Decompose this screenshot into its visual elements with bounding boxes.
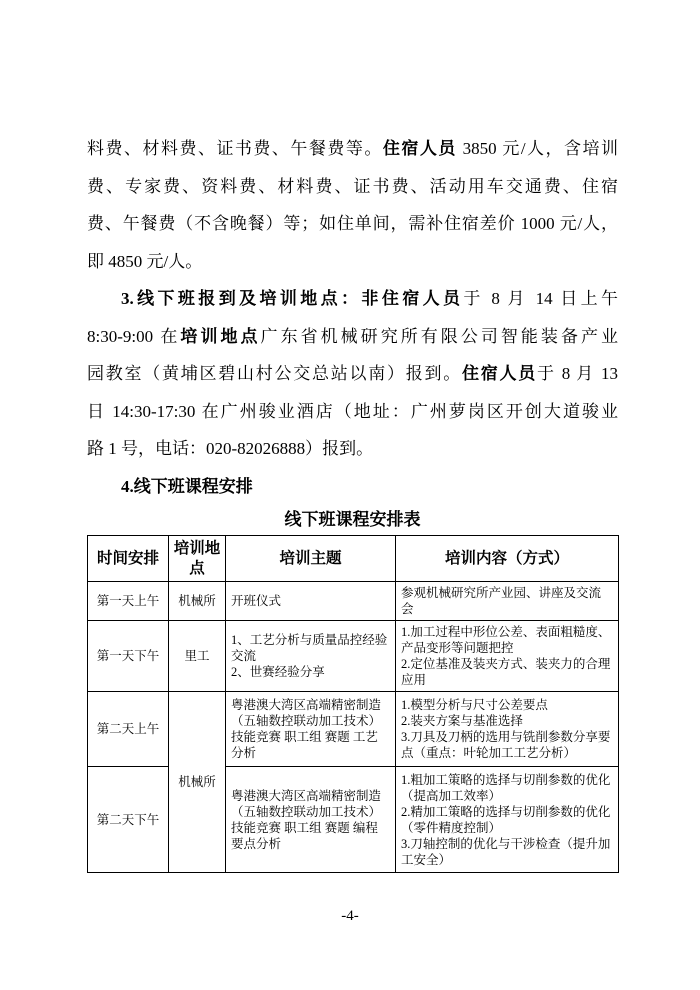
- bold-text-segment: 住宿人员: [383, 139, 457, 158]
- table-row: 第二天上午机械所粤港澳大湾区高端精密制造（五轴数控联动加工技术）技能竞赛 职工组…: [88, 692, 619, 767]
- content-item: 1.模型分析与尺寸公差要点: [401, 697, 613, 713]
- fees-paragraph-line: 料费、材料费、证书费、午餐费等。住宿人员 3850 元/人，含培训: [87, 130, 618, 168]
- table-body: 第一天上午机械所开班仪式参观机械研究所产业园、讲座及交流会第一天下午里工1、工艺…: [88, 582, 619, 873]
- document-page: 料费、材料费、证书费、午餐费等。住宿人员 3850 元/人，含培训费、专家费、资…: [0, 0, 700, 990]
- column-header-content: 培训内容（方式）: [396, 536, 619, 582]
- column-header-topic: 培训主题: [226, 536, 396, 582]
- cell-time: 第二天下午: [88, 767, 169, 873]
- cell-topic: 开班仪式: [226, 582, 396, 621]
- registration-paragraph-line: 园教室（黄埔区碧山村公交总站以南）报到。住宿人员于 8 月 13: [87, 355, 618, 393]
- cell-topic: 1、工艺分析与质量品控经验交流2、世赛经验分享: [226, 621, 396, 692]
- topic-item: 粤港澳大湾区高端精密制造（五轴数控联动加工技术）技能竞赛 职工组 赛题 工艺分析: [231, 697, 390, 761]
- text-segment: 日 14:30-17:30 在广州骏业酒店（地址：广州萝岗区开创大道骏业: [87, 402, 618, 421]
- text-segment: 费、专家费、资料费、材料费、证书费、活动用车交通费、住宿: [87, 177, 618, 196]
- bold-text-segment: 住宿人员: [462, 364, 537, 383]
- course-schedule-table: 时间安排培训地点培训主题培训内容（方式） 第一天上午机械所开班仪式参观机械研究所…: [87, 535, 619, 873]
- table-row: 第一天下午里工1、工艺分析与质量品控经验交流2、世赛经验分享1.加工过程中形位公…: [88, 621, 619, 692]
- content-item: 3.刀具及刀柄的选用与铣削参数分享要点（重点：叶轮加工工艺分析）: [401, 729, 613, 761]
- topic-item: 粤港澳大湾区高端精密制造（五轴数控联动加工技术）技能竞赛 职工组 赛题 编程要点…: [231, 788, 390, 852]
- content-item: 2.装夹方案与基准选择: [401, 713, 613, 729]
- column-header-time: 时间安排: [88, 536, 169, 582]
- table-row: 第一天上午机械所开班仪式参观机械研究所产业园、讲座及交流会: [88, 582, 619, 621]
- registration-paragraph-line: 日 14:30-17:30 在广州骏业酒店（地址：广州萝岗区开创大道骏业: [87, 393, 618, 431]
- fees-paragraph-line: 费、专家费、资料费、材料费、证书费、活动用车交通费、住宿: [87, 168, 618, 206]
- cell-time: 第一天下午: [88, 621, 169, 692]
- bold-text-segment: 培训地点: [180, 327, 260, 346]
- registration-paragraph-line: 路 1 号，电话：020-82026888）报到。: [87, 430, 618, 468]
- content-item: 1.加工过程中形位公差、表面粗糙度、产品变形等问题把控: [401, 624, 613, 656]
- text-segment: 费、午餐费（不含晚餐）等；如住单间，需补住宿差价 1000 元/人，: [87, 214, 618, 233]
- table-title: 线下班课程安排表: [87, 505, 618, 535]
- bold-text-segment: 3.线下班报到及培训地点：非住宿人员: [121, 289, 463, 308]
- cell-location: 机械所: [169, 692, 226, 873]
- fees-paragraph-line: 即 4850 元/人。: [87, 243, 618, 281]
- registration-paragraph-line: 3.线下班报到及培训地点：非住宿人员于 8 月 14 日上午: [87, 280, 618, 318]
- topic-item: 开班仪式: [231, 593, 390, 609]
- text-segment: 于 8 月 13: [537, 364, 618, 383]
- topic-item: 1、工艺分析与质量品控经验交流: [231, 632, 390, 664]
- column-header-location: 培训地点: [169, 536, 226, 582]
- cell-topic: 粤港澳大湾区高端精密制造（五轴数控联动加工技术）技能竞赛 职工组 赛题 工艺分析: [226, 692, 396, 767]
- page-content: 料费、材料费、证书费、午餐费等。住宿人员 3850 元/人，含培训费、专家费、资…: [87, 130, 618, 873]
- cell-time: 第一天上午: [88, 582, 169, 621]
- cell-location: 机械所: [169, 582, 226, 621]
- fees-paragraph-line: 费、午餐费（不含晚餐）等；如住单间，需补住宿差价 1000 元/人，: [87, 205, 618, 243]
- text-segment: 8:30-9:00 在: [87, 327, 180, 346]
- content-item: 1.粗加工策略的选择与切削参数的优化（提高加工效率）: [401, 772, 613, 804]
- content-item: 2.精加工策略的选择与切削参数的优化（零件精度控制）: [401, 804, 613, 836]
- cell-content: 1.加工过程中形位公差、表面粗糙度、产品变形等问题把控2.定位基准及装夹方式、装…: [396, 621, 619, 692]
- registration-paragraph-line: 8:30-9:00 在培训地点广东省机械研究所有限公司智能装备产业: [87, 318, 618, 356]
- table-header-row: 时间安排培训地点培训主题培训内容（方式）: [88, 536, 619, 582]
- cell-time: 第二天上午: [88, 692, 169, 767]
- text-segment: 3850 元/人，含培训: [457, 139, 618, 158]
- text-segment: 于 8 月 14 日上午: [463, 289, 618, 308]
- cell-content: 1.模型分析与尺寸公差要点2.装夹方案与基准选择3.刀具及刀柄的选用与铣削参数分…: [396, 692, 619, 767]
- content-item: 参观机械研究所产业园、讲座及交流会: [401, 585, 613, 617]
- cell-content: 1.粗加工策略的选择与切削参数的优化（提高加工效率）2.精加工策略的选择与切削参…: [396, 767, 619, 873]
- table-row: 第二天下午粤港澳大湾区高端精密制造（五轴数控联动加工技术）技能竞赛 职工组 赛题…: [88, 767, 619, 873]
- cell-content: 参观机械研究所产业园、讲座及交流会: [396, 582, 619, 621]
- cell-location: 里工: [169, 621, 226, 692]
- paragraphs: 料费、材料费、证书费、午餐费等。住宿人员 3850 元/人，含培训费、专家费、资…: [87, 130, 618, 505]
- content-item: 3.刀轴控制的优化与干涉检查（提升加工安全）: [401, 836, 613, 868]
- text-segment: 即 4850 元/人。: [87, 252, 202, 271]
- topic-item: 2、世赛经验分享: [231, 664, 390, 680]
- text-segment: 路 1 号，电话：020-82026888）报到。: [87, 439, 373, 458]
- text-segment: 园教室（黄埔区碧山村公交总站以南）报到。: [87, 364, 462, 383]
- page-number: -4-: [0, 908, 700, 925]
- cell-topic: 粤港澳大湾区高端精密制造（五轴数控联动加工技术）技能竞赛 职工组 赛题 编程要点…: [226, 767, 396, 873]
- text-segment: 广东省机械研究所有限公司智能装备产业: [261, 327, 618, 346]
- text-segment: 料费、材料费、证书费、午餐费等。: [87, 139, 383, 158]
- content-item: 2.定位基准及装夹方式、装夹力的合理应用: [401, 656, 613, 688]
- bold-text-segment: 4.线下班课程安排: [121, 477, 253, 496]
- course-schedule-heading-line: 4.线下班课程安排: [87, 468, 618, 506]
